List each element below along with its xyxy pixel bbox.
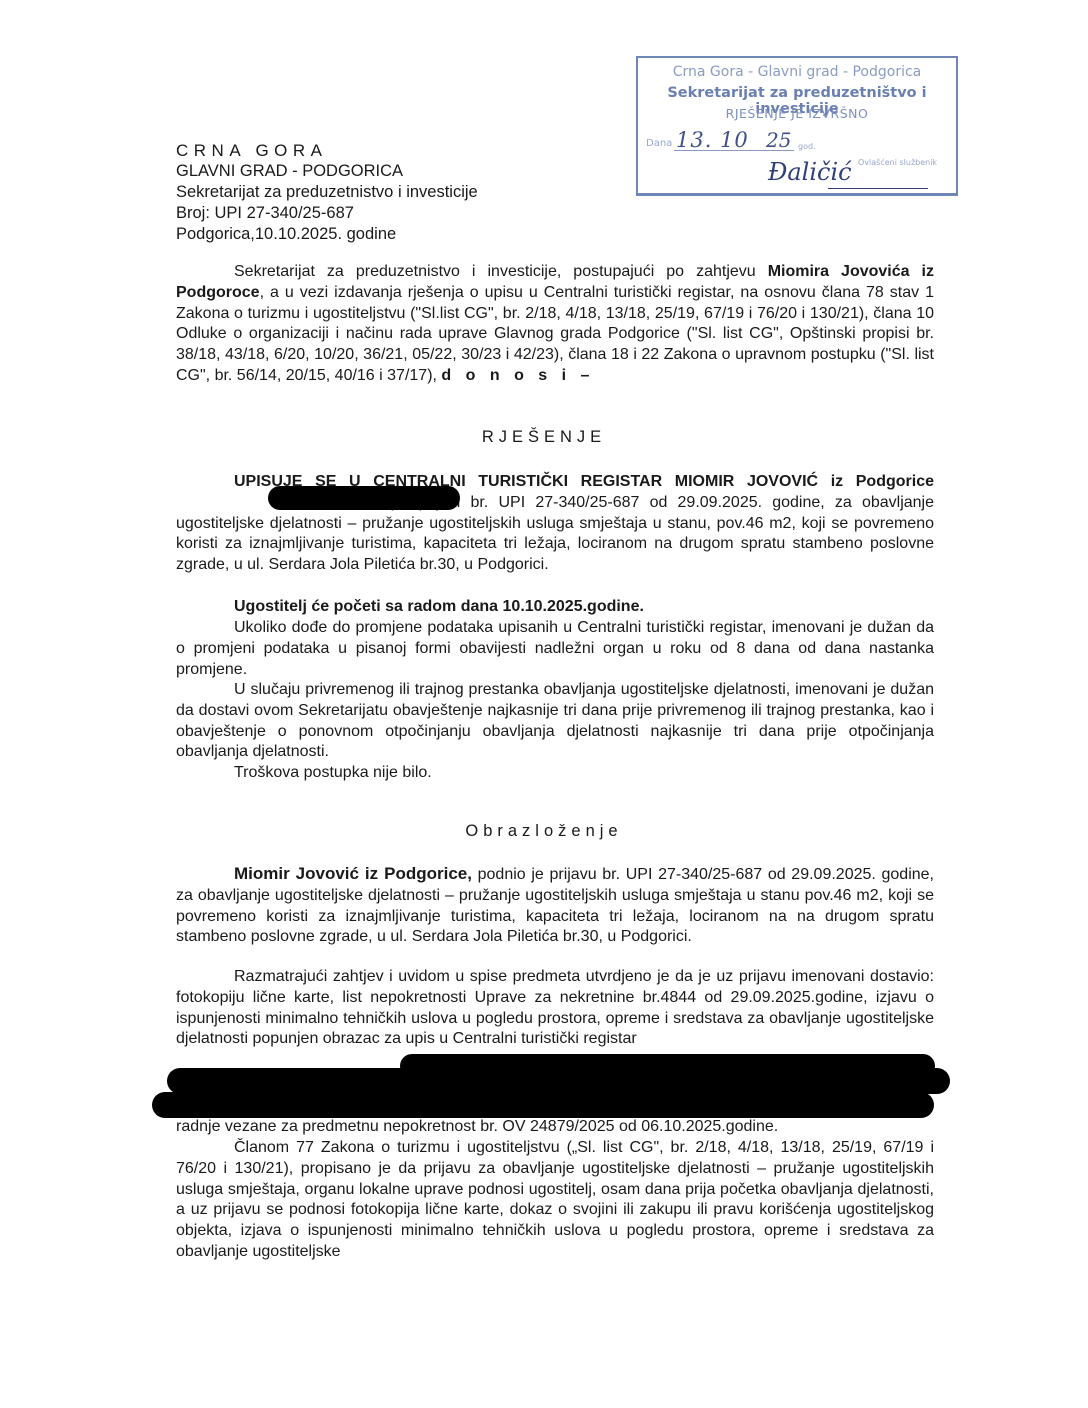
header-place-date: Podgorica,10.10.2025. godine [176, 224, 478, 245]
decision-title: RJEŠENJE [0, 428, 1088, 447]
reasoning-title: Obrazloženje [0, 822, 1088, 841]
reasoning-paragraph-1: Miomir Jovović iz Podgorice, podnio je p… [176, 864, 934, 948]
document-header: CRNA GORA GLAVNI GRAD - PODGORICA Sekret… [176, 140, 478, 245]
stamp-signature-line [828, 188, 928, 189]
official-stamp: Crna Gora - Glavni grad - Podgorica Sekr… [636, 56, 958, 196]
intro-paragraph: Sekretarijat za preduzetnistvo i investi… [176, 262, 934, 387]
decision-paragraph-5: Troškova postupka nije bilo. [176, 763, 934, 784]
stamp-god-label: god. [798, 142, 816, 151]
redaction-bar [152, 1092, 934, 1118]
decision-paragraph-3: Ukoliko dođe do promjene podataka upisan… [176, 618, 934, 680]
stamp-signature: Đaličić [768, 158, 852, 186]
decision-start-date: Ugostitelj će početi sa radom dana 10.10… [234, 598, 644, 615]
intro-donosi: d o n o s i – [441, 367, 594, 384]
stamp-line-1: Crna Gora - Glavni grad - Podgorica [638, 64, 956, 80]
header-country: CRNA GORA [176, 140, 478, 161]
stamp-handwritten-date: 13. 10 [676, 128, 749, 152]
redaction-bar [167, 1068, 950, 1094]
reasoning-paragraph-2-tail: radnje vezane za predmetnu nepokretnost … [176, 1117, 934, 1138]
reasoning-paragraph-2: Razmatrajući zahtjev i uvidom u spise pr… [176, 967, 934, 1053]
document-page: Crna Gora - Glavni grad - Podgorica Sekr… [0, 0, 1088, 1408]
intro-text-1: Sekretarijat za preduzetnistvo i investi… [234, 263, 768, 280]
stamp-handwritten-year: 25 [766, 128, 791, 152]
decision-paragraph-2: Ugostitelj će početi sa radom dana 10.10… [176, 597, 934, 618]
header-city: GLAVNI GRAD - PODGORICA [176, 161, 478, 182]
stamp-line-3: RJEŠENJE JE IZVRŠNO [638, 106, 956, 121]
reasoning-applicant: Miomir Jovović iz Podgorice, [234, 864, 472, 883]
decision-paragraph-4: U slučaju privremenog ili trajnog presta… [176, 680, 934, 763]
stamp-dana-label: Dana [646, 138, 672, 149]
stamp-official-label: Ovlašćeni službenik [858, 158, 937, 167]
redaction-bar [268, 486, 460, 510]
header-department: Sekretarijat za preduzetnistvo i investi… [176, 182, 478, 203]
header-number: Broj: UPI 27-340/25-687 [176, 203, 478, 224]
reasoning-paragraph-3: Članom 77 Zakona o turizmu i ugostiteljs… [176, 1138, 934, 1263]
